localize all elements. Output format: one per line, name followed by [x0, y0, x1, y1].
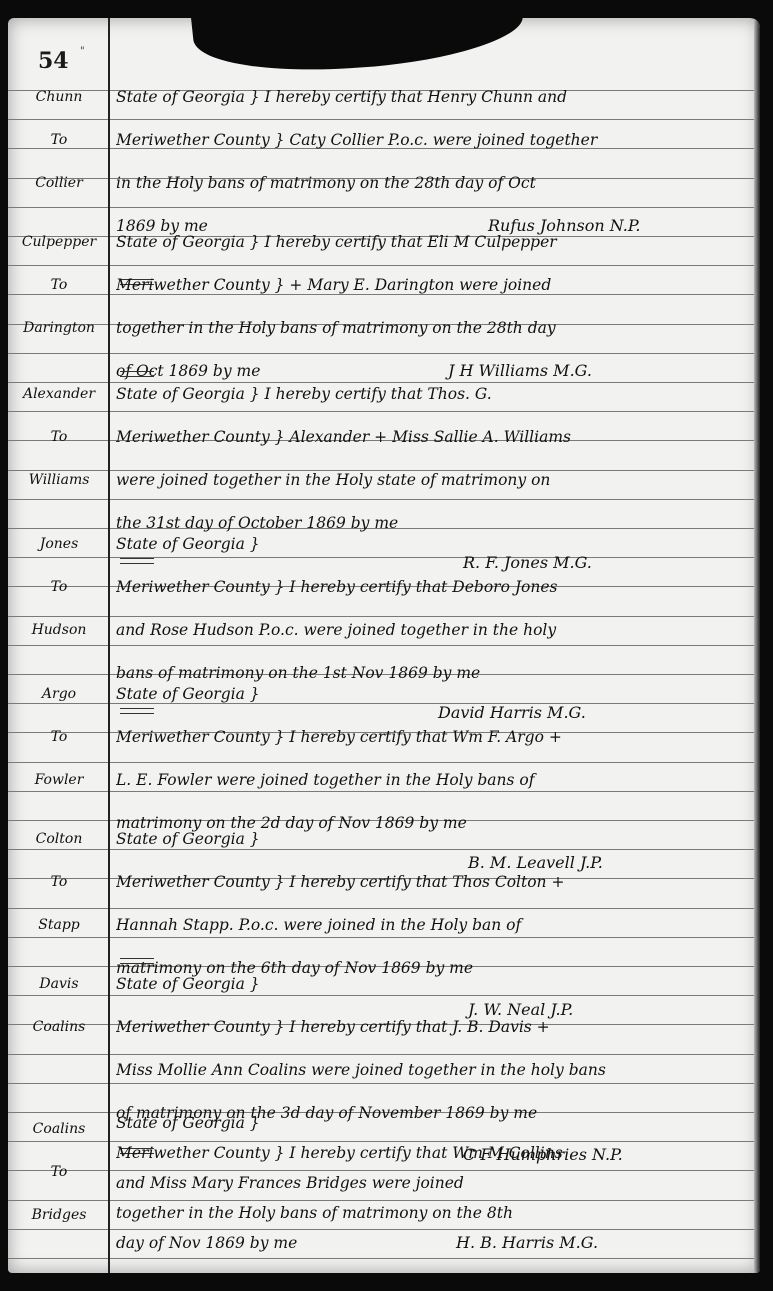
bride-surname: Williams: [12, 459, 106, 502]
certificate-line: State of Georgia }: [116, 1108, 746, 1138]
certificate-line: were joined together in the Holy state o…: [116, 459, 746, 502]
bride-surname: Darington: [12, 307, 106, 350]
to-label: To: [12, 566, 106, 609]
certificate-line: and Rose Hudson P.o.c. were joined toget…: [116, 609, 746, 652]
page-number: 54: [38, 48, 69, 74]
certificate-line: Meriwether County } I hereby certify tha…: [116, 1006, 746, 1049]
certificate-line: State of Georgia }: [116, 673, 746, 716]
certificate-line: State of Georgia }: [116, 523, 746, 566]
ledger-page: 54 " Chunn To Collier State of Georgia }…: [8, 18, 760, 1273]
to-label: To: [12, 264, 106, 307]
certificate-text: State of Georgia } Meriwether County } I…: [116, 523, 746, 695]
certificate-text: State of Georgia } Meriwether County } I…: [116, 1108, 746, 1258]
certificate-line: Meriwether County } I hereby certify tha…: [116, 716, 746, 759]
groom-surname: Coalins: [12, 1108, 106, 1151]
groom-surname: Alexander: [12, 373, 106, 416]
officiant-signature: H. B. Harris M.G.: [456, 1228, 598, 1258]
certificate-line: day of Nov 1869 by me H. B. Harris M.G.: [116, 1228, 746, 1258]
certificate-line: Meriwether County } I hereby certify tha…: [116, 566, 746, 609]
groom-surname: Chunn: [12, 76, 106, 119]
certificate-line: Meriwether County } Alexander + Miss Sal…: [116, 416, 746, 459]
certificate-line: Hannah Stapp. P.o.c. were joined in the …: [116, 904, 746, 947]
index-names: Coalins To Bridges: [12, 1108, 106, 1237]
certificate-line: Meriwether County } Caty Collier P.o.c. …: [116, 119, 746, 162]
page-edge: [754, 18, 760, 1273]
groom-surname: Argo: [12, 673, 106, 716]
certificate-line: in the Holy bans of matrimony on the 28t…: [116, 162, 746, 205]
to-label: To: [12, 861, 106, 904]
certificate-line: State of Georgia } I hereby certify that…: [116, 221, 746, 264]
certificate-line: Meriwether County } + Mary E. Darington …: [116, 264, 746, 307]
to-label: To: [12, 416, 106, 459]
certificate-line: State of Georgia } I hereby certify that…: [116, 76, 746, 119]
certificate-line: and Miss Mary Frances Bridges were joine…: [116, 1168, 746, 1198]
to-label: To: [12, 716, 106, 759]
index-column-divider: [108, 18, 110, 1273]
index-names: Davis Coalins: [12, 963, 106, 1092]
certificate-line: State of Georgia } I hereby certify that…: [116, 373, 746, 416]
certificate-line: together in the Holy bans of matrimony o…: [116, 1198, 746, 1228]
index-names: Culpepper To Darington: [12, 221, 106, 350]
index-blank: [12, 1049, 106, 1092]
certificate-text: State of Georgia } I hereby certify that…: [116, 373, 746, 545]
certificate-line: L. E. Fowler were joined together in the…: [116, 759, 746, 802]
certificate-line-text: day of Nov 1869 by me: [116, 1234, 297, 1252]
ruled-line: [8, 1258, 754, 1259]
certificate-line: Miss Mollie Ann Coalins were joined toge…: [116, 1049, 746, 1092]
bride-surname: Bridges: [12, 1194, 106, 1237]
to-label: To: [12, 1151, 106, 1194]
bride-surname: Fowler: [12, 759, 106, 802]
certificate-text: State of Georgia } I hereby certify that…: [116, 221, 746, 393]
groom-surname: Jones: [12, 523, 106, 566]
index-names: Alexander To Williams: [12, 373, 106, 502]
groom-surname: Culpepper: [12, 221, 106, 264]
certificate-line: Meriwether County } I hereby certify tha…: [116, 861, 746, 904]
groom-surname: Colton: [12, 818, 106, 861]
index-names: Jones To Hudson: [12, 523, 106, 652]
index-names: Argo To Fowler: [12, 673, 106, 802]
index-names: Colton To Stapp: [12, 818, 106, 947]
page-number-mark: ": [80, 46, 85, 57]
to-label: To: [12, 119, 106, 162]
certificate-line: State of Georgia }: [116, 818, 746, 861]
groom-surname: Davis: [12, 963, 106, 1006]
index-names: Chunn To Collier: [12, 76, 106, 205]
bride-surname: Collier: [12, 162, 106, 205]
certificate-line: State of Georgia }: [116, 963, 746, 1006]
bride-surname: Stapp: [12, 904, 106, 947]
binding-shadow: [190, 18, 527, 85]
bride-surname: Hudson: [12, 609, 106, 652]
certificate-line: Meriwether County } I hereby certify tha…: [116, 1138, 746, 1168]
bride-surname: Coalins: [12, 1006, 106, 1049]
certificate-line: together in the Holy bans of matrimony o…: [116, 307, 746, 350]
